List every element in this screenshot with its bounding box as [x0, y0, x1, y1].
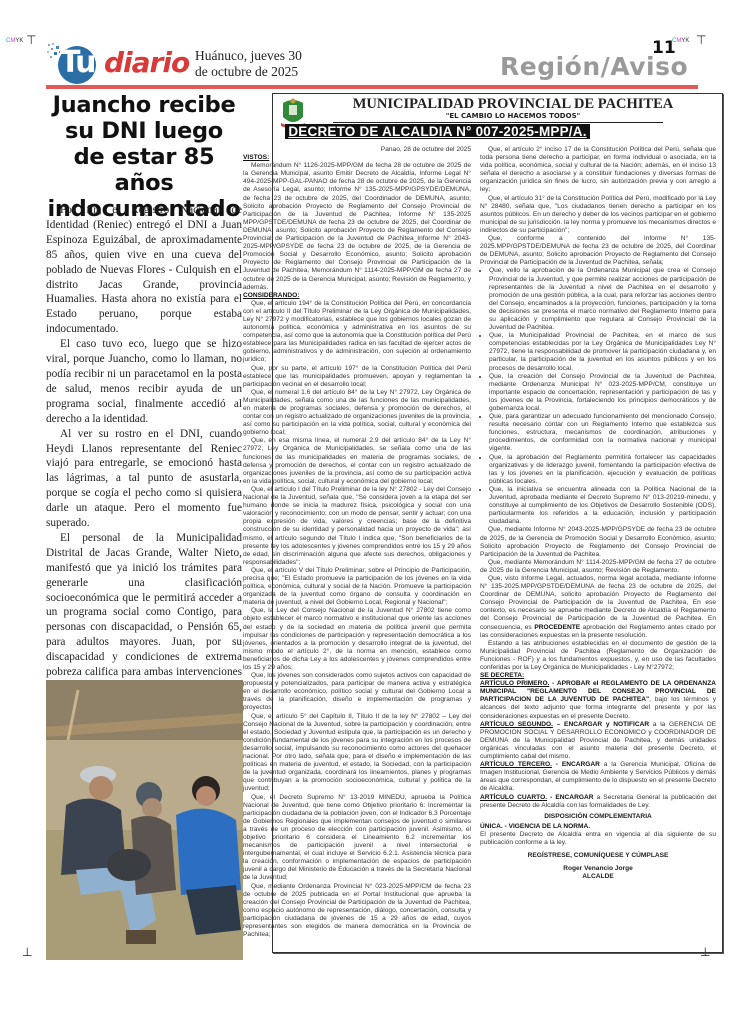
article-label: ARTÍCULO SEGUNDO. [480, 721, 553, 728]
crop-mark-top-left-icon: ⊤ [26, 34, 36, 46]
intro-paragraph: Que, el artículo 2° inciso 17 de la Cons… [480, 146, 716, 195]
article-label: ARTÍCULO TERCERO. [480, 761, 552, 768]
article-photo [46, 680, 243, 960]
article-2: ARTÍCULO SEGUNDO. – ENCARGAR y NOTIFICAR… [480, 721, 716, 761]
complementary-heading: DISPOSICIÓN COMPLEMENTARIA [480, 813, 716, 821]
photo-illustration [46, 680, 243, 960]
header-rule [46, 85, 698, 89]
slogan-rule [333, 122, 663, 123]
unica-heading: ÚNICA. - VIGENCIA DE LA NORMA. [480, 823, 716, 831]
intro-paragraph: Que, conforme a contenido del Informe N°… [480, 235, 716, 267]
article-paragraph: El personal de la Municipalidad Distrita… [46, 531, 242, 695]
signer-name: Roger Venancio Jorge [480, 865, 716, 873]
section-title: Región/Aviso [500, 52, 688, 81]
whereas-paragraph: Que, mediante Informe N° 2043-2025-MPP/G… [480, 526, 716, 558]
crop-mark-top-right-icon: ⊤ [696, 34, 706, 46]
decree-column-right: Que, el artículo 2° inciso 17 de la Cons… [480, 146, 716, 881]
considerando-paragraph: Que, por su parte, el artículo 197° de l… [243, 365, 471, 389]
considerando-heading: CONSIDERANDO: [243, 292, 471, 300]
article-paragraph: Al ver su rostro en el DNI, cuando Heydi… [46, 427, 242, 531]
logo-tu: Tu [60, 44, 95, 82]
institution-name: MUNICIPALIDAD PROVINCIAL DE PACHITEA [313, 96, 713, 113]
finding-item: Que, vello la aprobación de la Ordenanza… [489, 267, 716, 332]
finding-item: Que, la Municipalidad Provincial de Pach… [489, 332, 716, 372]
closing-formula: REGÍSTRESE, COMUNÍQUESE Y CÚMPLASE [480, 852, 716, 860]
considerando-paragraph: Que, en esa misma línea, el numeral 2.9 … [243, 437, 471, 486]
article-label: ARTÍCULO CUARTO. [480, 794, 547, 801]
considerando-paragraph: Que, el artículo 194° de la Constitución… [243, 300, 471, 365]
vistos-heading: VISTOS: [243, 154, 471, 162]
crop-mark-bottom-left-icon: ⊥ [22, 946, 32, 958]
vistos-text: Memorándum N° 1126-2025-MPP/GM de fecha … [243, 162, 471, 292]
decree-notice: MUNICIPALIDAD PROVINCIAL DE PACHITEA "EL… [272, 93, 723, 953]
article-paragraph: Por fin, el Registro Nacional de Identid… [46, 203, 242, 337]
finding-item: Que, la aprobación del Reglamento permit… [489, 454, 716, 486]
considerando-paragraph: Que, el artículo V del Título Preliminar… [243, 567, 471, 607]
institution-slogan: "EL CAMBIO LO HACEMOS TODOS" [313, 112, 713, 120]
findings-list: Que, vello la aprobación de la Ordenanza… [480, 267, 716, 526]
procedente-label: PROCEDENTE [534, 624, 580, 631]
registration-mark-left: CMYK [6, 38, 23, 44]
whereas-text: Que, visto Informe Legal, actuados, norm… [480, 575, 716, 631]
unica-label: ÚNICA. - VIGENCIA DE LA NORMA. [480, 823, 590, 830]
article-1: ARTÍCULO PRIMERO. - APROBAR el REGLAMENT… [480, 680, 716, 720]
considerando-paragraph: Que, el Decreto Supremo N° 13-2019 MINED… [243, 794, 471, 883]
article-label: ARTÍCULO PRIMERO. [480, 680, 549, 687]
logo-diario: diario [104, 44, 189, 82]
whereas-paragraph: Estando a las atribuciones establecidas … [480, 640, 716, 672]
article-3: ARTÍCULO TERCERO. - ENCARGAR a la Gerenc… [480, 761, 716, 793]
article-paragraph: El caso tuvo eco, luego que se hizo vira… [46, 337, 242, 426]
date-line-1: Huánuco, jueves 30 [195, 48, 302, 64]
article-4: ARTÍCULO CUARTO. - ENCARGAR a Secretaria… [480, 794, 716, 810]
tudiario-logo: Tu diario [46, 40, 186, 84]
decree-title: DECRETO DE ALCALDIA N° 007-2025-MPP/A. [285, 124, 590, 139]
article-verb: - ENCARGAR [556, 761, 600, 768]
whereas-paragraph: Que, visto Informe Legal, actuados, norm… [480, 575, 716, 640]
place-date: Panao, 28 de octubre del 2025 [243, 146, 471, 154]
unica-text: El presente Decreto de Alcaldía entra en… [480, 831, 716, 847]
article-verb: - ENCARGAR [550, 794, 593, 801]
considerando-paragraph: Que, los jóvenes son considerados como s… [243, 672, 471, 712]
intro-paragraph: Que, el artículo 31° de la Constitución … [480, 195, 716, 235]
se-decreta-heading: SE DECRETA: [480, 672, 716, 680]
finding-item: Que, la creación del Consejo Provincial … [489, 373, 716, 413]
finding-item: Que, la iniciativa se encuentra alineada… [489, 486, 716, 526]
decree-column-left: Panao, 28 de octubre del 2025 VISTOS: Me… [243, 146, 471, 939]
considerando-paragraph: Que, el numeral 1.6 del artículo 84° de … [243, 389, 471, 438]
considerando-paragraph: Que, mediante Ordenanza Provincial N° 02… [243, 883, 471, 940]
article-verb: – ENCARGAR y NOTIFICAR [557, 721, 649, 728]
whereas-paragraph: Que, mediante Memorándum N° 1114-2025-MP… [480, 559, 716, 575]
issue-date: Huánuco, jueves 30 de octubre de 2025 [195, 48, 302, 80]
considerando-paragraph: Que, el artículo 5° del Capítulo II, Tít… [243, 713, 471, 794]
signer-title: ALCALDE [480, 873, 716, 881]
date-line-2: de octubre de 2025 [195, 64, 302, 80]
finding-item: Que, para garantizar un adecuado funcion… [489, 413, 716, 453]
considerando-paragraph: Que, la Ley del Consejo Nacional de la J… [243, 607, 471, 672]
article-verb: - APROBAR [552, 680, 590, 687]
considerando-paragraph: Que, el artículo I del Título Preliminar… [243, 486, 471, 567]
